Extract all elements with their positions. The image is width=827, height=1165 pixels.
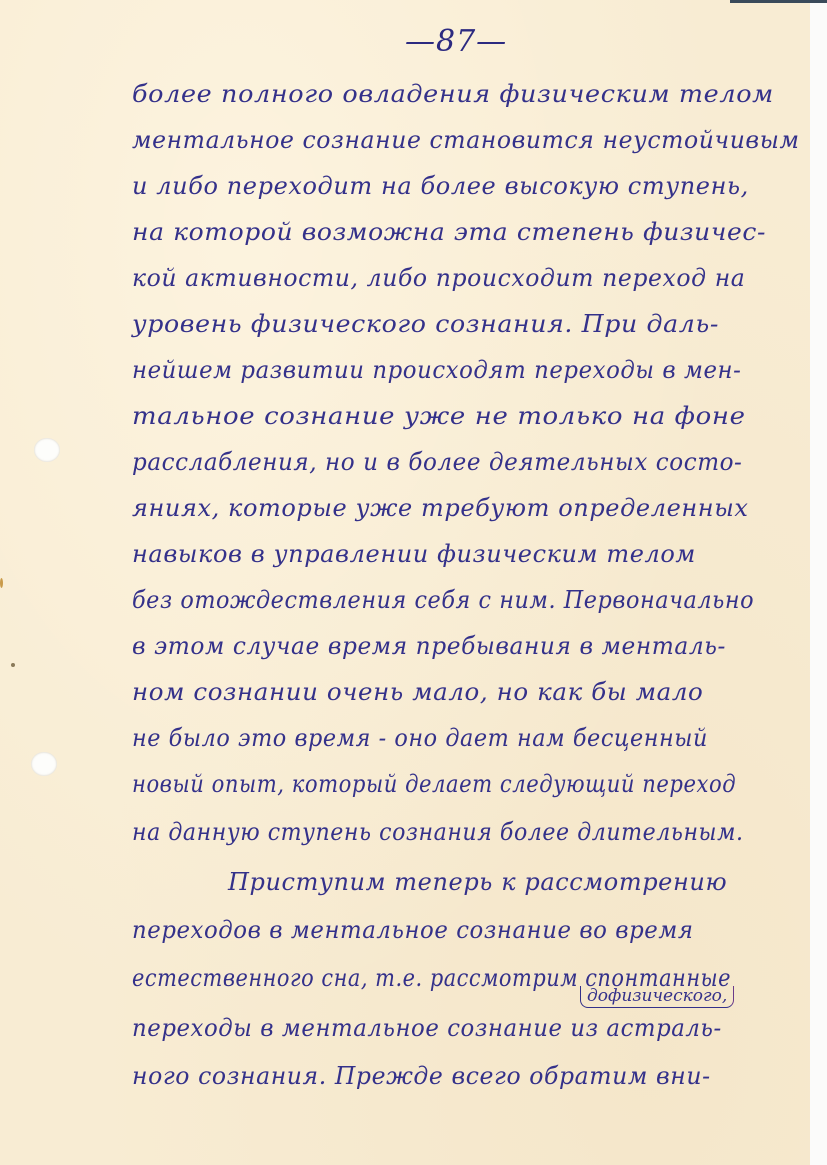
text-line-indented: Приступим теперь к рассмотрению [228,868,727,896]
text-line: переходы в ментальное сознание из астрал… [132,1014,722,1042]
text-line: тальное сознание уже не только на фоне [132,402,746,430]
punch-hole-top [34,438,60,462]
text-line: кой активности, либо происходит переход … [132,264,745,292]
text-line: расслабления, но и в более деятельных со… [132,448,742,476]
text-line: не было это время - оно дает нам бесценн… [132,724,708,752]
scan-edge [730,0,827,3]
page-number: —87— [405,24,507,59]
text-line: уровень физического сознания. При даль- [132,310,719,338]
text-line: яниях, которые уже требуют определенных [132,494,749,522]
text-line: переходов в ментальное сознание во время [132,916,693,944]
text-line: нейшем развитии происходят переходы в ме… [132,356,741,384]
manuscript-page: —87— более полного овладения физическим … [0,0,810,1165]
text-line: без отождествления себя с ним. Первонача… [132,586,754,614]
text-line: новый опыт, который делает следующий пер… [132,770,736,798]
handwritten-insertion: дофизического, [580,986,734,1008]
text-line: на данную ступень сознания более длитель… [132,818,744,846]
punch-hole-bottom [31,752,57,776]
paper-speck [0,578,3,588]
scan-background [810,0,827,1165]
text-line: ном сознании очень мало, но как бы мало [132,678,703,706]
text-line: на которой возможна эта степень физичес- [132,218,766,246]
text-line: более полного овладения физическим телом [132,80,774,108]
text-line: ного сознания. Прежде всего обратим вни- [132,1062,711,1090]
paper-speck [11,663,15,667]
text-line: и либо переходит на более высокую ступен… [132,172,749,200]
text-line: ментальное сознание становится неустойчи… [132,126,800,154]
text-line: навыков в управлении физическим телом [132,540,696,568]
text-line: в этом случае время пребывания в менталь… [132,632,726,660]
